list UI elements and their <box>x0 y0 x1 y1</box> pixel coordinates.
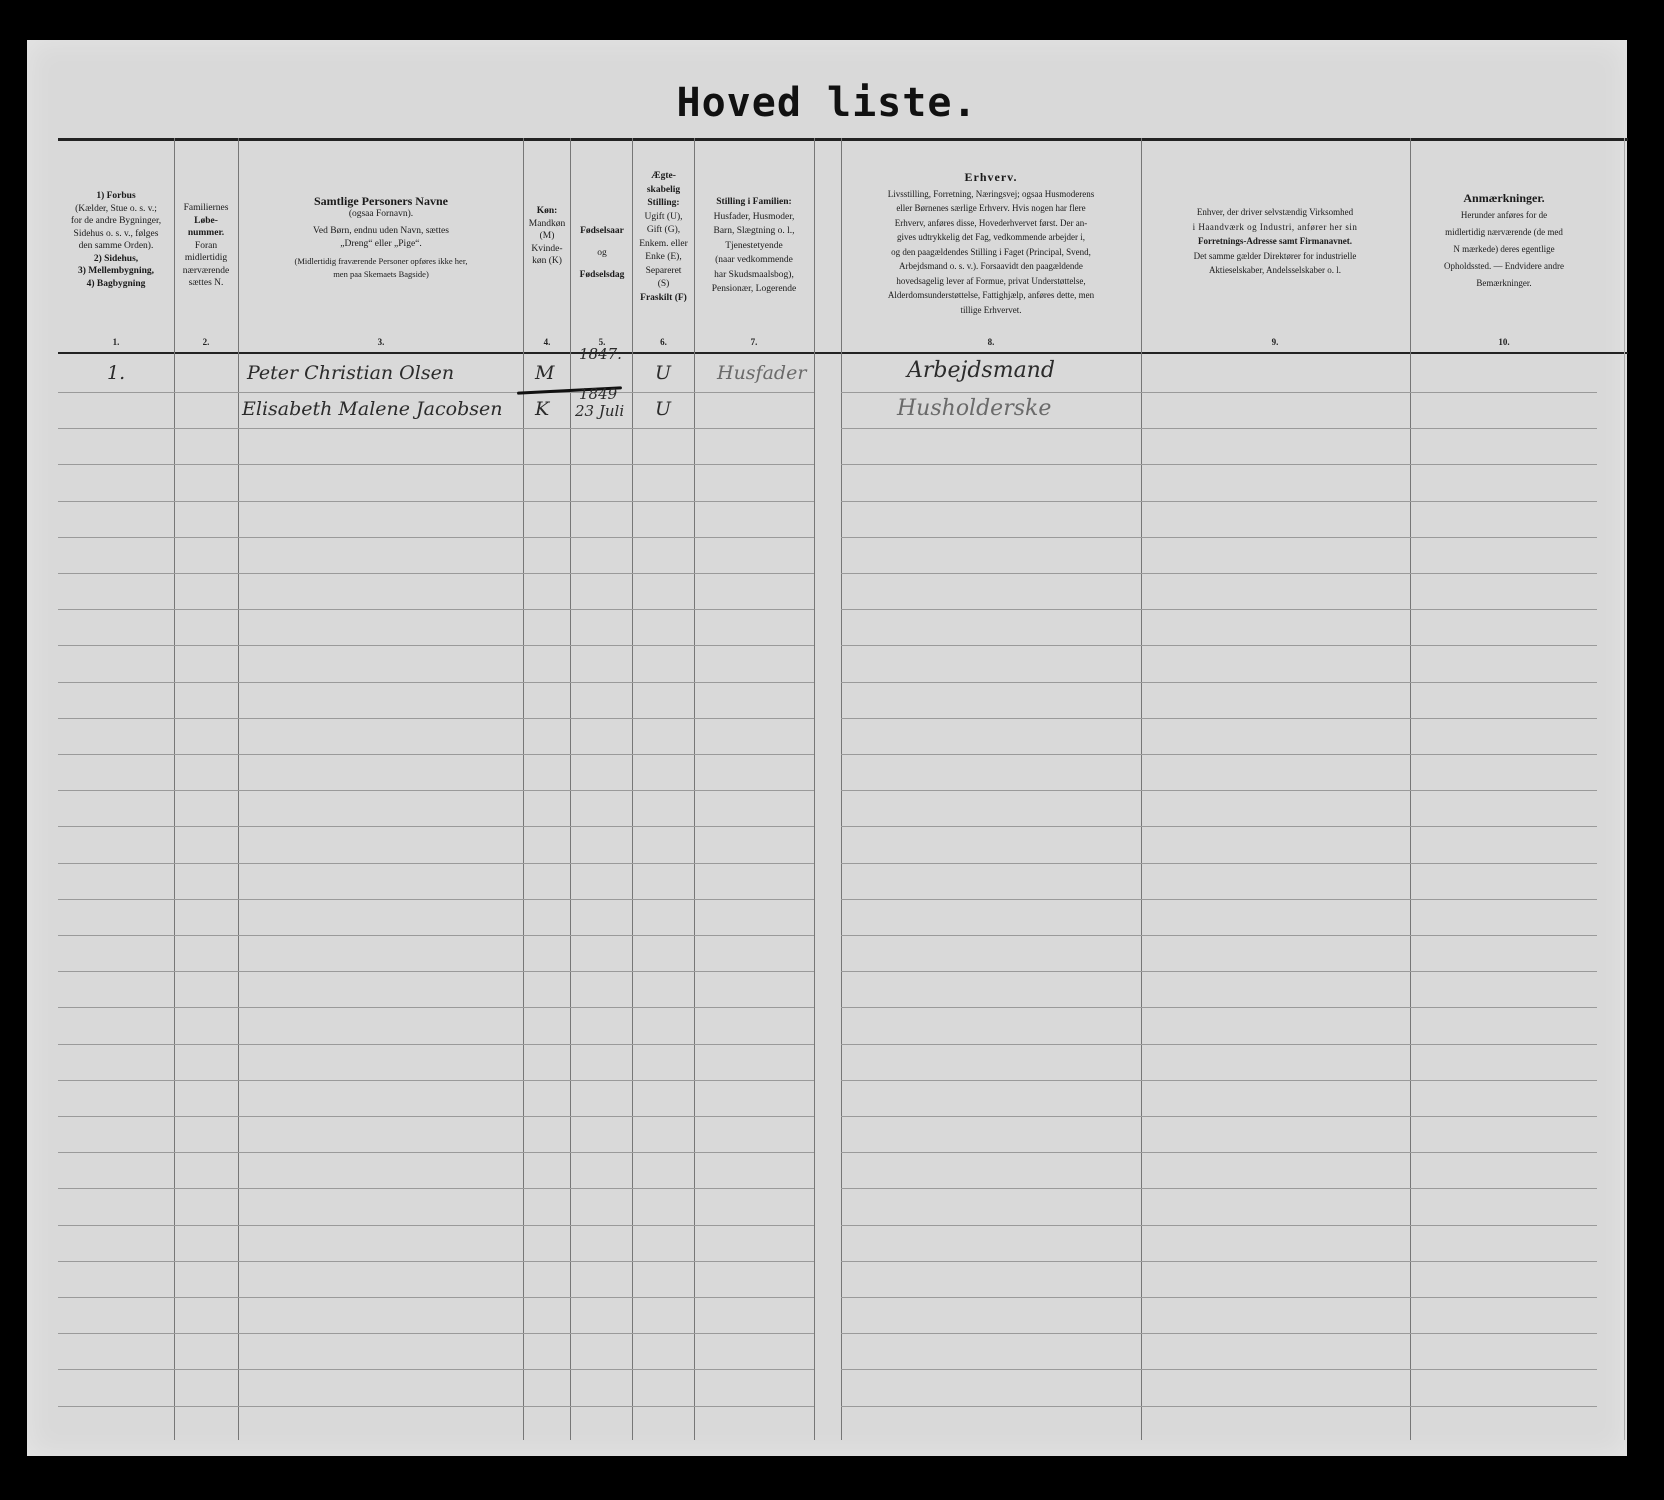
row-rule <box>58 899 814 900</box>
entry-1-sex: M <box>535 362 554 384</box>
page-edge-line <box>1624 138 1625 1440</box>
header-col-6: Ægte- skabelig Stilling: Ugift (U), Gift… <box>633 170 694 305</box>
row-rule <box>841 1080 1597 1081</box>
header-col-2: Familiernes Løbe- nummer. Foran midlerti… <box>175 202 237 290</box>
row-rule <box>841 537 1597 538</box>
column-divider <box>1141 138 1142 1440</box>
entry-1-family-position: Husfader <box>717 362 806 384</box>
row-rule <box>841 1152 1597 1153</box>
header-col-1: 1) Forbus (Kælder, Stue o. s. v.; for de… <box>58 190 174 290</box>
entry-2-birth-day: 23 Juli <box>575 402 624 420</box>
row-rule <box>58 1406 814 1407</box>
header-col-3: Samtlige Personers Navne (ogsaa Fornavn)… <box>239 195 523 280</box>
column-number-8: 8. <box>842 337 1140 347</box>
row-rule <box>58 392 814 393</box>
row-rule <box>58 1261 814 1262</box>
row-rule <box>841 1188 1597 1189</box>
row-rule <box>58 464 814 465</box>
row-rule <box>58 1007 814 1008</box>
column-divider <box>632 138 633 1440</box>
header-col-4: Køn: Mandkøn (M) Kvinde- køn (K) <box>524 205 570 268</box>
column-number-2: 2. <box>175 337 237 347</box>
row-rule <box>58 1188 814 1189</box>
column-divider <box>570 138 571 1440</box>
column-divider <box>238 138 239 1440</box>
row-rule <box>841 1261 1597 1262</box>
column-number-7: 7. <box>695 337 813 347</box>
row-rule <box>841 1406 1597 1407</box>
row-rule <box>841 826 1597 827</box>
row-rule <box>841 899 1597 900</box>
entry-1-building: 1. <box>107 362 125 384</box>
column-number-9: 9. <box>1142 337 1408 347</box>
column-divider <box>814 138 815 1440</box>
row-rule <box>841 1225 1597 1226</box>
column-number-10: 10. <box>1411 337 1597 347</box>
entry-1-occupation: Arbejdsmand <box>907 358 1055 383</box>
row-rule <box>841 573 1597 574</box>
header-col-5: Fødselsaar og Fødselsdag <box>571 220 633 286</box>
entry-2-marital: U <box>655 398 671 420</box>
column-number-4: 4. <box>524 337 570 347</box>
row-rule <box>58 682 814 683</box>
row-rule <box>58 1297 814 1298</box>
row-rule <box>841 971 1597 972</box>
row-rule <box>58 573 814 574</box>
row-rule <box>58 1116 814 1117</box>
row-rule <box>58 1369 814 1370</box>
column-divider <box>694 138 695 1440</box>
column-number-3: 3. <box>239 337 523 347</box>
row-rule <box>841 392 1597 393</box>
row-rule <box>58 1044 814 1045</box>
row-rule <box>841 1369 1597 1370</box>
column-divider <box>1410 138 1411 1440</box>
header-col-10: Anmærkninger. Herunder anføres for de mi… <box>1411 190 1597 292</box>
page-title: Hoved liste. <box>27 80 1627 126</box>
census-form-page: Hoved liste. 1) Forbus (Kælder, Stue o. … <box>27 40 1627 1456</box>
row-rule <box>841 501 1597 502</box>
row-rule <box>841 1297 1597 1298</box>
entry-1-name: Peter Christian Olsen <box>247 362 454 384</box>
column-divider <box>841 138 842 1440</box>
row-rule <box>58 1152 814 1153</box>
row-rule <box>841 1116 1597 1117</box>
column-number-6: 6. <box>633 337 694 347</box>
row-rule <box>841 682 1597 683</box>
entry-1-birth-year: 1847. <box>579 345 622 363</box>
row-rule <box>841 428 1597 429</box>
row-rule <box>58 826 814 827</box>
row-rule <box>841 863 1597 864</box>
row-rule <box>58 609 814 610</box>
entry-1-marital: U <box>655 362 671 384</box>
row-rule <box>58 428 814 429</box>
row-rule <box>58 754 814 755</box>
row-rule <box>841 645 1597 646</box>
header-col-7: Stilling i Familien: Husfader, Husmoder,… <box>695 195 813 297</box>
row-rule <box>841 1007 1597 1008</box>
row-rule <box>58 863 814 864</box>
row-rule <box>841 1333 1597 1334</box>
row-rule <box>841 609 1597 610</box>
header-col-8: Erhverv. Livsstilling, Forretning, Nærin… <box>842 170 1140 317</box>
row-rule <box>841 754 1597 755</box>
row-rule <box>58 1080 814 1081</box>
row-rule <box>58 501 814 502</box>
row-rule <box>841 464 1597 465</box>
entry-2-occupation: Husholderske <box>897 396 1051 421</box>
column-divider <box>174 138 175 1440</box>
header-col-9: Enhver, der driver selvstændig Virksomhe… <box>1142 205 1408 278</box>
entry-2-birth-year: 1849 <box>579 385 617 403</box>
row-rule <box>841 1044 1597 1045</box>
row-rule <box>58 1333 814 1334</box>
row-rule <box>58 718 814 719</box>
column-number-1: 1. <box>58 337 174 347</box>
row-rule <box>58 790 814 791</box>
entry-2-sex: K <box>535 398 549 420</box>
row-rule <box>58 971 814 972</box>
row-rule <box>841 790 1597 791</box>
column-divider <box>523 138 524 1440</box>
row-rule <box>58 537 814 538</box>
entry-2-name: Elisabeth Malene Jacobsen <box>242 398 502 420</box>
row-rule <box>58 645 814 646</box>
row-rule <box>58 1225 814 1226</box>
top-rule <box>58 138 1628 141</box>
row-rule <box>58 935 814 936</box>
row-rule <box>841 718 1597 719</box>
row-rule <box>841 935 1597 936</box>
header-rule <box>58 352 1628 354</box>
